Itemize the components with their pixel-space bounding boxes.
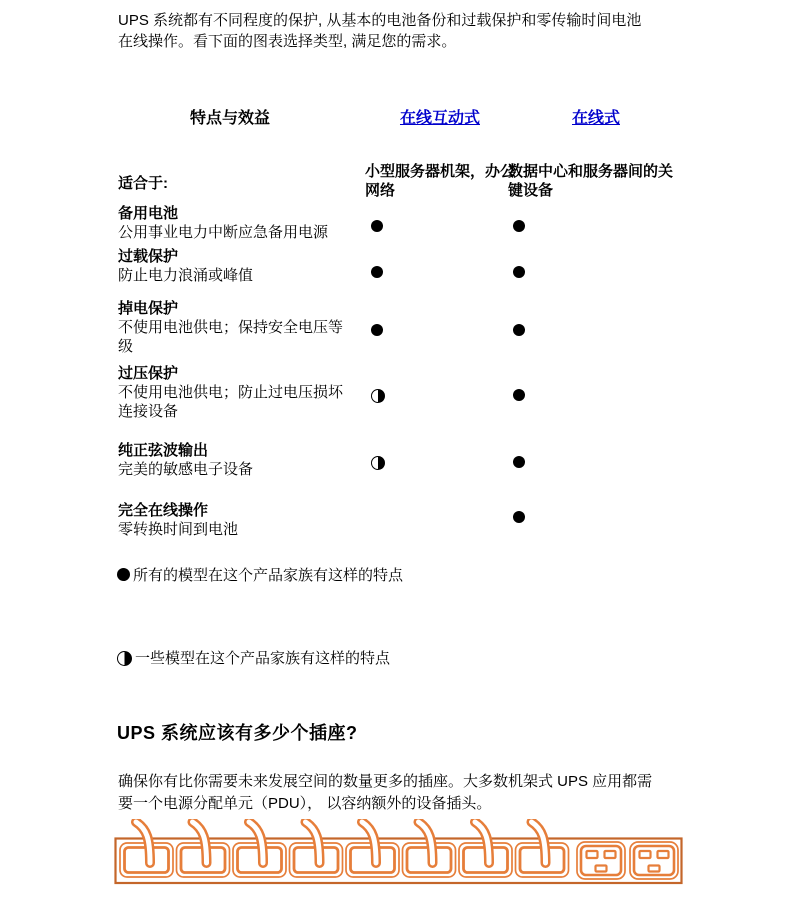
feature-title: 完全在线操作	[118, 501, 791, 520]
full-circle-icon	[371, 324, 383, 336]
feature-title: 备用电池	[118, 204, 791, 223]
outlets-question-heading: UPS 系统应该有多少个插座?	[117, 719, 358, 745]
feature-description: 不使用电池供电；保持安全电压等 级	[118, 318, 360, 356]
table-row: 备用电池 公用事业电力中断应急备用电源	[0, 204, 791, 242]
legend-text: 所有的模型在这个产品家族有这样的特点	[133, 566, 403, 585]
intro-paragraph: UPS 系统都有不同程度的保护, 从基本的电池备份和过载保护和零传输时间电池 在…	[118, 10, 718, 52]
full-circle-icon	[513, 266, 525, 278]
half-circle-icon	[117, 651, 132, 666]
table-header-features: 特点与效益	[118, 105, 342, 128]
half-circle-icon	[371, 389, 385, 403]
full-circle-icon	[371, 266, 383, 278]
feature-title: 纯正弦波输出	[118, 441, 791, 460]
table-row: 完全在线操作 零转换时间到电池	[0, 501, 791, 539]
legend-some-models: 一些模型在这个产品家族有这样的特点	[117, 649, 390, 668]
online-link[interactable]: 在线式	[572, 110, 620, 127]
full-circle-icon	[371, 220, 383, 232]
full-circle-icon	[513, 220, 525, 232]
full-circle-icon	[513, 324, 525, 336]
document-page: { "colors": { "link_blue": "#0000CC", "p…	[0, 0, 791, 897]
table-row: 纯正弦波输出 完美的敏感电子设备	[0, 441, 791, 479]
feature-title: 掉电保护	[118, 299, 791, 318]
feature-description: 防止电力浪涌或峰值	[118, 266, 360, 285]
table-row: 过载保护 防止电力浪涌或峰值	[0, 247, 791, 285]
table-header-link-online[interactable]: 在线式	[508, 105, 684, 128]
table-row: 过压保护 不使用电池供电；防止过电压损坏 连接设备	[0, 364, 791, 421]
table-header-link-line-interactive[interactable]: 在线互动式	[370, 105, 510, 128]
legend-all-models: 所有的模型在这个产品家族有这样的特点	[117, 566, 403, 585]
outlets-paragraph: 确保你有比你需要未来发展空间的数量更多的插座。大多数机架式 UPS 应用都需 要…	[118, 771, 718, 815]
full-circle-icon	[513, 456, 525, 468]
suits-for-label: 适合于:	[118, 172, 168, 193]
line-interactive-link[interactable]: 在线互动式	[400, 110, 480, 127]
full-circle-icon	[513, 389, 525, 401]
feature-description: 公用事业电力中断应急备用电源	[118, 223, 360, 242]
feature-description: 零转换时间到电池	[118, 520, 360, 539]
legend-text: 一些模型在这个产品家族有这样的特点	[135, 649, 390, 668]
pdu-outlets-image	[114, 819, 684, 891]
feature-title: 过载保护	[118, 247, 791, 266]
feature-description: 完美的敏感电子设备	[118, 460, 360, 479]
suits-for-online: 数据中心和服务器间的关 键设备	[508, 162, 686, 200]
feature-description: 不使用电池供电；防止过电压损坏 连接设备	[118, 383, 360, 421]
half-circle-icon	[371, 456, 385, 470]
table-row: 掉电保护 不使用电池供电；保持安全电压等 级	[0, 299, 791, 356]
full-circle-icon	[513, 511, 525, 523]
suits-for-line-interactive: 小型服务器机架，办公 网络	[365, 162, 520, 200]
full-circle-icon	[117, 568, 130, 581]
feature-title: 过压保护	[118, 364, 791, 383]
